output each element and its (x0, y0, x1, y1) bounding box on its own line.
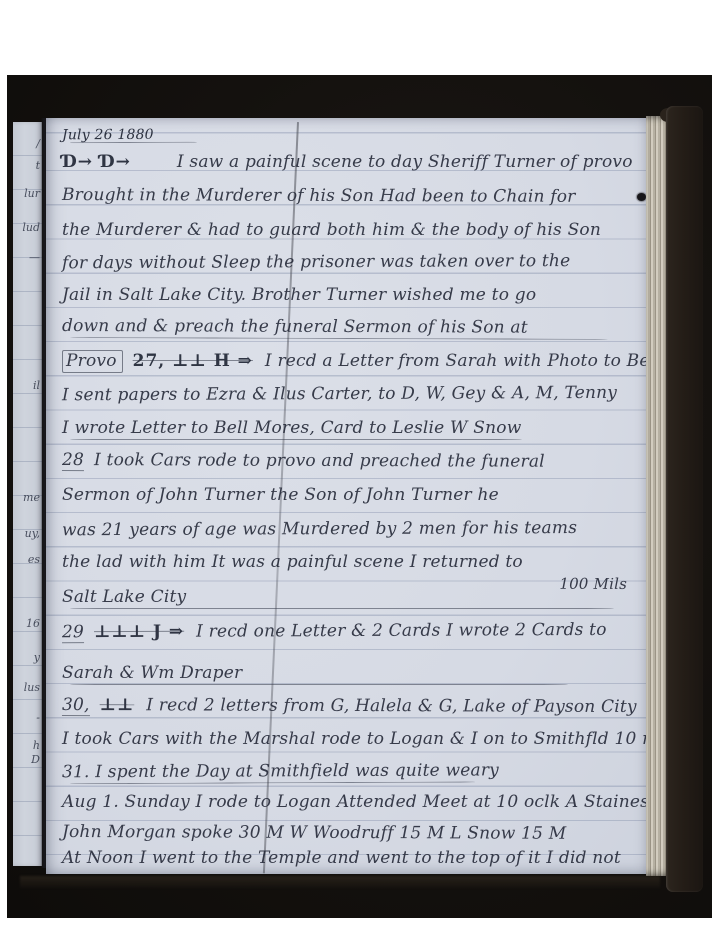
underline-flourish (70, 608, 614, 609)
mail-tally-symbols: 27, ⊥⊥ H ⇒ (133, 351, 253, 371)
line-text: 31. I spent the Day at Smithfield was qu… (62, 760, 499, 782)
mail-tally-symbols: ⊥⊥⊥ J ⇒ (94, 622, 184, 642)
journal-line: Provo27, ⊥⊥ H ⇒I recd a Letter from Sara… (62, 348, 641, 374)
line-text: down and & preach the funeral Sermon of … (62, 316, 528, 338)
entry-day-label: Provo (62, 350, 123, 373)
journal-line: the Murderer & had to guard both him & t… (62, 217, 641, 243)
line-text: I recd 2 letters from G, Halela & G, Lak… (146, 695, 637, 717)
facing-page-word-fragment: t (36, 160, 40, 172)
journal-line: Brought in the Murderer of his Son Had b… (62, 182, 641, 210)
line-text: was 21 years of age was Murdered by 2 me… (62, 518, 577, 540)
facing-page-word-fragment: - (36, 712, 40, 724)
journal-line: Sermon of John Turner the Son of John Tu… (62, 482, 641, 508)
facing-page-word-fragment: me (23, 492, 40, 504)
journal-line: John Morgan spoke 30 M W Woodruff 15 M L… (62, 819, 641, 847)
line-text: I recd one Letter & 2 Cards I wrote 2 Ca… (196, 620, 607, 642)
line-text: Brought in the Murderer of his Son Had b… (62, 185, 576, 207)
facing-page-word-fragment: lus (24, 682, 40, 694)
journal-line: At Noon I went to the Temple and went to… (62, 845, 641, 871)
facing-page-word-fragment: h (33, 740, 40, 752)
journal-line: I took Cars with the Marshal rode to Log… (62, 726, 641, 752)
journal-line: I wrote Letter to Bell Mores, Card to Le… (62, 415, 641, 441)
entry-day-label: 30, (62, 695, 90, 716)
scanned-diary-photo: /tlurlud—ilmeuy,es16ylus-hD July 26 1880… (0, 0, 717, 928)
facing-page-word-fragment: uy, (25, 528, 40, 540)
entry-day-label: 28 (62, 450, 84, 471)
book-cover-edge (666, 106, 703, 892)
line-text: I recd a Letter from Sarah with Photo to… (265, 351, 647, 371)
facing-page-word-fragment: D (31, 754, 40, 766)
facing-page-word-fragment: es (28, 554, 40, 566)
underline-flourish (70, 142, 197, 144)
journal-line: Jail in Salt Lake City. Brother Turner w… (62, 282, 641, 308)
facing-page-word-fragment: lud (22, 222, 40, 234)
line-text: I wrote Letter to Bell Mores, Card to Le… (62, 418, 522, 438)
facing-page-word-fragment: 16 (26, 618, 40, 630)
journal-line: 30,⊥⊥I recd 2 letters from G, Halela & G… (62, 692, 641, 720)
line-text: Sermon of John Turner the Son of John Tu… (62, 485, 499, 505)
journal-line: 31. I spent the Day at Smithfield was qu… (62, 757, 641, 786)
journal-line: for days without Sleep the prisoner was … (62, 248, 641, 277)
underline-flourish (70, 439, 522, 440)
journal-line: was 21 years of age was Murdered by 2 me… (62, 515, 641, 544)
journal-line: Sarah & Wm Draper (62, 660, 641, 686)
underline-flourish (70, 684, 568, 685)
entry-day-label: 29 (62, 622, 84, 643)
diary-page: July 26 1880Ɗ→ Ɗ→I saw a painful scene t… (46, 118, 647, 874)
line-text: Sarah & Wm Draper (62, 663, 242, 683)
facing-page-word-fragment: — (29, 252, 40, 264)
facing-page-word-fragment: / (36, 138, 40, 150)
line-text: I sent papers to Ezra & Ilus Carter, to … (62, 383, 617, 405)
facing-page-word-fragment: y (34, 652, 40, 664)
line-text: Jail in Salt Lake City. Brother Turner w… (62, 285, 536, 305)
journal-line: Salt Lake City (62, 584, 641, 610)
journal-line: 29⊥⊥⊥ J ⇒I recd one Letter & 2 Cards I w… (62, 617, 641, 646)
journal-line: down and & preach the funeral Sermon of … (62, 313, 641, 341)
mail-tally-symbols: Ɗ→ Ɗ→ (62, 152, 131, 172)
journal-line: 28I took Cars rode to provo and preached… (62, 447, 641, 475)
facing-page-word-fragment: il (33, 380, 40, 392)
cover-bottom-shadow (20, 876, 660, 888)
line-text: Salt Lake City (62, 587, 186, 607)
journal-line: I sent papers to Ezra & Ilus Carter, to … (62, 380, 641, 409)
line-text: for days without Sleep the prisoner was … (62, 251, 570, 273)
line-text: the Murderer & had to guard both him & t… (62, 220, 601, 240)
facing-page-word-fragment: lur (24, 188, 40, 200)
line-text: I took Cars with the Marshal rode to Log… (62, 729, 647, 749)
line-text: John Morgan spoke 30 M W Woodruff 15 M L… (62, 822, 566, 844)
journal-line: Aug 1. Sunday I rode to Logan Attended M… (62, 789, 641, 815)
line-text: I took Cars rode to provo and preached t… (94, 450, 545, 472)
line-text: I saw a painful scene to day Sheriff Tur… (177, 152, 633, 172)
line-text: At Noon I went to the Temple and went to… (62, 848, 621, 868)
line-text: Aug 1. Sunday I rode to Logan Attended M… (62, 792, 647, 812)
facing-page-edge: /tlurlud—ilmeuy,es16ylus-hD (13, 122, 42, 866)
journal-line: July 26 1880 (62, 124, 641, 145)
book-page-edges (646, 116, 668, 876)
line-text: July 26 1880 (62, 127, 154, 143)
journal-line: Ɗ→ Ɗ→I saw a painful scene to day Sherif… (62, 149, 641, 175)
mail-tally-symbols: ⊥⊥ (100, 695, 135, 715)
